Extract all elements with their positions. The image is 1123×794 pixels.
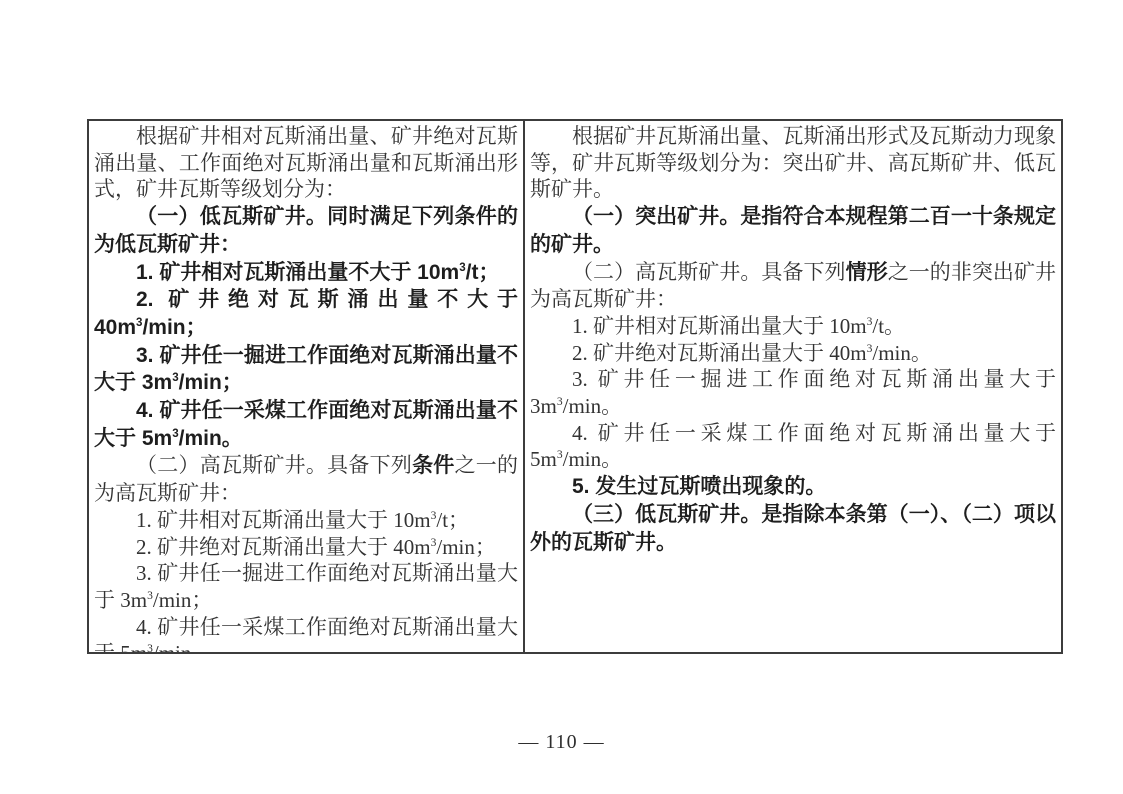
text-run: /min。 — [153, 641, 213, 652]
paragraph: 1. 矿井相对瓦斯涌出量大于 10m3/t。 — [530, 313, 1056, 340]
paragraph: （二）高瓦斯矿井。具备下列条件之一的为高瓦斯矿井： — [94, 452, 518, 506]
paragraph: 2. 矿井绝对瓦斯涌出量不大于 40m3/min； — [94, 286, 518, 341]
text-run: 5. 发生过瓦斯喷出现象的。 — [572, 475, 826, 498]
paragraph: （一）突出矿井。是指符合本规程第二百一十条规定的矿井。 — [530, 203, 1056, 258]
paragraph: 2. 矿井绝对瓦斯涌出量大于 40m3/min。 — [530, 340, 1056, 367]
page-number: — 110 — — [0, 731, 1123, 754]
text-run: 根据矿井相对瓦斯涌出量、矿井绝对瓦斯涌出量、工作面绝对瓦斯涌出量和瓦斯涌出形式，… — [94, 124, 518, 201]
text-run: 2. 矿井绝对瓦斯涌出量大于 40m — [136, 535, 431, 559]
text-run: 3. 矿井任一掘进工作面绝对瓦斯涌出量不大于 3m — [94, 344, 518, 395]
text-run: /t； — [436, 508, 469, 532]
text-run: 情形 — [846, 261, 888, 284]
table-cell-left-old-regulation-text: 根据矿井相对瓦斯涌出量、矿井绝对瓦斯涌出量、工作面绝对瓦斯涌出量和瓦斯涌出形式，… — [89, 121, 525, 652]
paragraph: 1. 矿井相对瓦斯涌出量不大于 10m3/t； — [94, 259, 518, 287]
text-run: （一）突出矿井。是指符合本规程第二百一十条规定的矿井。 — [530, 205, 1056, 256]
text-run: /min。 — [179, 427, 243, 450]
text-run: /t。 — [872, 314, 905, 338]
text-run: /min。 — [872, 341, 932, 365]
paragraph: 4. 矿井任一采煤工作面绝对瓦斯涌出量大于 5m3/min。 — [530, 420, 1056, 473]
text-run: （一）低瓦斯矿井。同时满足下列条件的为低瓦斯矿井： — [94, 205, 518, 256]
paragraph: 3. 矿井任一掘进工作面绝对瓦斯涌出量大于 3m3/min。 — [530, 366, 1056, 419]
text-run: /t； — [466, 261, 500, 284]
text-run: /min； — [142, 316, 206, 339]
text-run: （二）高瓦斯矿井。具备下列 — [136, 453, 412, 477]
paragraph: 2. 矿井绝对瓦斯涌出量大于 40m3/min； — [94, 534, 518, 561]
text-run: 1. 矿井相对瓦斯涌出量大于 10m — [572, 314, 867, 338]
paragraph: （二）高瓦斯矿井。具备下列情形之一的非突出矿井为高瓦斯矿井： — [530, 259, 1056, 313]
text-run: /min。 — [563, 394, 623, 418]
text-run: 1. 矿井相对瓦斯涌出量大于 10m — [136, 508, 431, 532]
text-run: /min； — [153, 588, 213, 612]
paragraph: （三）低瓦斯矿井。是指除本条第（一）、（二）项以外的瓦斯矿井。 — [530, 501, 1056, 556]
paragraph: 3. 矿井任一掘进工作面绝对瓦斯涌出量不大于 3m3/min； — [94, 342, 518, 397]
text-run: 条件 — [412, 454, 454, 477]
text-run: 4. 矿井任一采煤工作面绝对瓦斯涌出量不大于 5m — [94, 399, 518, 450]
paragraph: （一）低瓦斯矿井。同时满足下列条件的为低瓦斯矿井： — [94, 203, 518, 258]
document-page: 根据矿井相对瓦斯涌出量、矿井绝对瓦斯涌出量、工作面绝对瓦斯涌出量和瓦斯涌出形式，… — [0, 0, 1123, 794]
paragraph: 4. 矿井任一采煤工作面绝对瓦斯涌出量大于 5m3/min。 — [94, 614, 518, 652]
text-run: 根据矿井瓦斯涌出量、瓦斯涌出形式及瓦斯动力现象等，矿井瓦斯等级划分为：突出矿井、… — [530, 124, 1056, 201]
paragraph: 3. 矿井任一掘进工作面绝对瓦斯涌出量大于 3m3/min； — [94, 560, 518, 613]
comparison-table: 根据矿井相对瓦斯涌出量、矿井绝对瓦斯涌出量、工作面绝对瓦斯涌出量和瓦斯涌出形式，… — [87, 119, 1063, 654]
text-run: （三）低瓦斯矿井。是指除本条第（一）、（二）项以外的瓦斯矿井。 — [530, 503, 1056, 554]
paragraph: 4. 矿井任一采煤工作面绝对瓦斯涌出量不大于 5m3/min。 — [94, 397, 518, 452]
text-run: 2. 矿井绝对瓦斯涌出量大于 40m — [572, 341, 867, 365]
paragraph: 1. 矿井相对瓦斯涌出量大于 10m3/t； — [94, 507, 518, 534]
text-run: 1. 矿井相对瓦斯涌出量不大于 10m — [136, 261, 459, 284]
text-run: /min。 — [563, 447, 623, 471]
paragraph: 根据矿井瓦斯涌出量、瓦斯涌出形式及瓦斯动力现象等，矿井瓦斯等级划分为：突出矿井、… — [530, 123, 1056, 203]
paragraph: 5. 发生过瓦斯喷出现象的。 — [530, 473, 1056, 501]
paragraph: 根据矿井相对瓦斯涌出量、矿井绝对瓦斯涌出量、工作面绝对瓦斯涌出量和瓦斯涌出形式，… — [94, 123, 518, 203]
text-run: /min； — [179, 371, 243, 394]
table-cell-right-new-regulation-text: 根据矿井瓦斯涌出量、瓦斯涌出形式及瓦斯动力现象等，矿井瓦斯等级划分为：突出矿井、… — [525, 121, 1061, 652]
text-run: （二）高瓦斯矿井。具备下列 — [572, 260, 846, 284]
text-run: /min； — [436, 535, 496, 559]
